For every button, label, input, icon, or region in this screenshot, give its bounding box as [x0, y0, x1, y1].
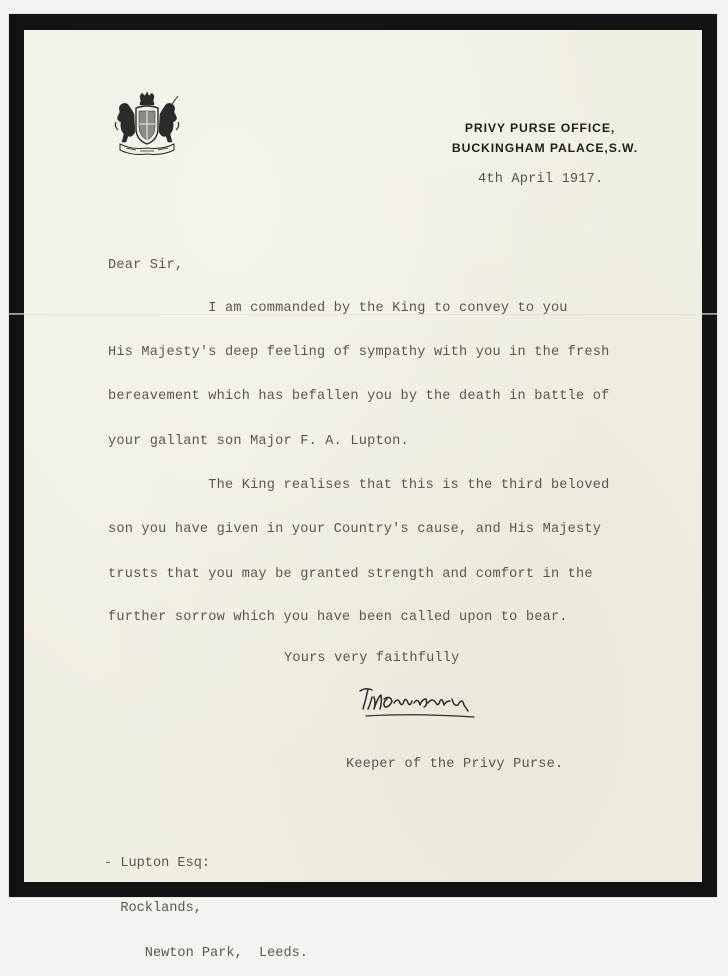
salutation: Dear Sir, — [108, 258, 183, 273]
letterhead-office: PRIVY PURSE OFFICE, — [440, 118, 640, 138]
letterhead: PRIVY PURSE OFFICE, BUCKINGHAM PALACE,S.… — [440, 118, 640, 158]
body-line: bereavement which has befallen you by th… — [108, 389, 609, 404]
royal-coat-of-arms-icon — [112, 92, 182, 158]
signatory-title: Keeper of the Privy Purse. — [346, 757, 563, 772]
letterhead-address: BUCKINGHAM PALACE,S.W. — [450, 138, 640, 158]
body-line: His Majesty's deep feeling of sympathy w… — [108, 345, 609, 360]
body-line: I am commanded by the King to convey to … — [108, 301, 568, 316]
body-line: your gallant son Major F. A. Lupton. — [108, 434, 409, 449]
recipient-line: - Lupton Esq: — [104, 856, 308, 871]
letter-date: 4th April 1917. — [478, 172, 603, 187]
body-line: further sorrow which you have been calle… — [108, 610, 568, 625]
handwritten-signature-icon — [354, 683, 484, 723]
recipient-address: - Lupton Esq: Rocklands, Newton Park, Le… — [104, 826, 308, 911]
recipient-line: Rocklands, — [104, 901, 308, 911]
closing: Yours very faithfully — [284, 651, 460, 666]
body-line: son you have given in your Country's cau… — [108, 522, 601, 537]
body-line: The King realises that this is the third… — [108, 478, 609, 493]
body-line: trusts that you may be granted strength … — [108, 567, 593, 582]
